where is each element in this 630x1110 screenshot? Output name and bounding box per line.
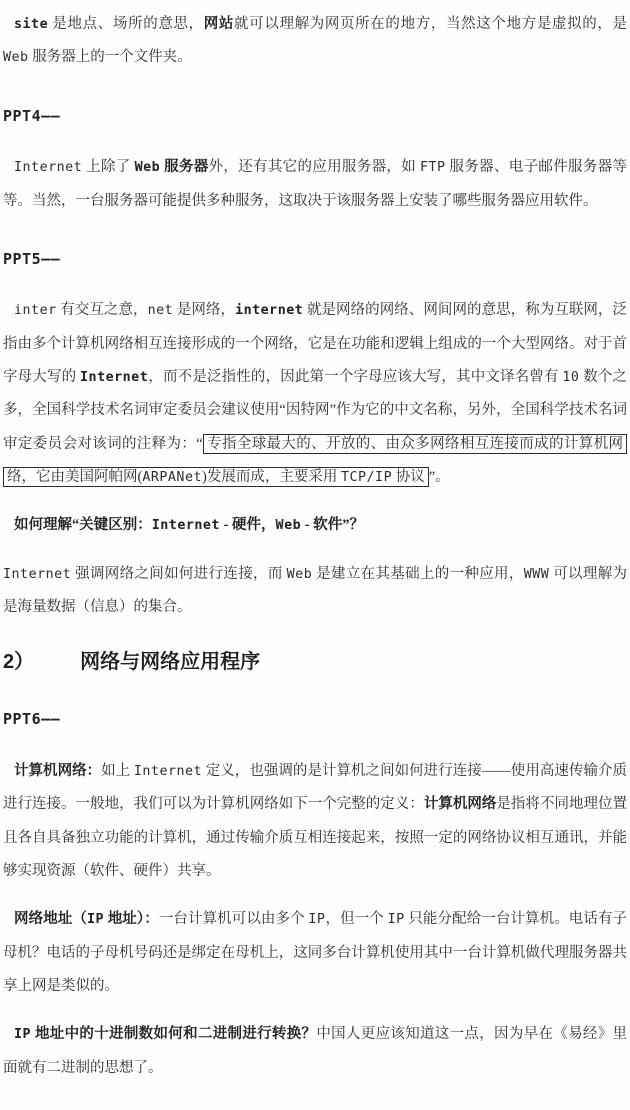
text-run: Internet [152, 518, 220, 533]
text-run: net [148, 303, 174, 318]
ppt4-marker: PPT4—— [3, 99, 627, 134]
text-run: ，但一个 [325, 911, 387, 927]
text-run: IP [308, 912, 325, 927]
text-run: 就可以理解为网页所在的地方，当然这个地方是虚拟的，是 [234, 16, 630, 32]
text-run: )发展而成，主要采用 [202, 469, 341, 485]
text-run: 地址）： [104, 911, 159, 927]
decimal-binary-paragraph: IP 地址中的十进制数如何和二进制进行转换？中国人更应该知道这一点，因为早在《易… [3, 1018, 627, 1085]
text-run: 服务器上的一个文件夹。 [29, 49, 192, 65]
text-run: 协议 [392, 469, 425, 485]
text-run: 如上 [101, 763, 134, 779]
text-run: internet [235, 303, 303, 318]
internet-vs-web-paragraph: Internet 强调网络之间如何进行连接，而 Web 是建立在其基础上的一种应… [3, 558, 627, 625]
site-definition-paragraph: site 是地点、场所的意思，网站就可以理解为网页所在的地方，当然这个地方是虚拟… [3, 8, 627, 75]
text-run: Internet [3, 567, 71, 582]
text-run: 计算机网络： [14, 763, 101, 779]
text-run: 如何理解“关键区别： [14, 517, 152, 533]
text-run: 是网络， [173, 302, 235, 318]
text-run: Web [135, 160, 161, 175]
text-run: 网站 [204, 16, 234, 32]
text-run: Web [3, 50, 29, 65]
text-run: IP [14, 1027, 31, 1042]
ppt5-marker: PPT5—— [3, 242, 627, 277]
text-run: PPT6—— [3, 710, 60, 728]
text-run: 上除了 [82, 159, 134, 175]
computer-network-definition-paragraph: 计算机网络：如上 Internet 定义，也强调的是计算机之间如何进行连接——使… [3, 755, 627, 888]
text-run: PPT4—— [3, 107, 60, 125]
text-run: FTP [420, 160, 446, 175]
text-run: 2） [3, 651, 34, 673]
text-run: inter [14, 303, 57, 318]
section-2-heading: 2）网络与网络应用程序 [3, 646, 627, 678]
text-run: Internet [14, 160, 82, 175]
text-run: IP [87, 912, 104, 927]
text-run: 是建立在其基础上的一种应用， [312, 566, 523, 582]
text-run: 是地点、场所的意思， [48, 16, 204, 32]
key-difference-question: 如何理解“关键区别：Internet - 硬件，Web - 软件”？ [3, 509, 627, 542]
text-run: 外，还有其它的应用服务器，如 [209, 159, 420, 175]
text-run: - 硬件， [220, 517, 276, 533]
text-run: 网络与网络应用程序 [80, 651, 260, 673]
document-body: site 是地点、场所的意思，网站就可以理解为网页所在的地方，当然这个地方是虚拟… [3, 8, 627, 1085]
text-run: Web [287, 567, 313, 582]
text-run: IP [388, 912, 405, 927]
text-run: PPT5—— [3, 250, 60, 268]
ip-address-paragraph: 网络地址（IP 地址）：一台计算机可以由多个 IP，但一个 IP 只能分配给一台… [3, 903, 627, 1003]
text-run: 服务器 [160, 159, 208, 175]
text-run: 地址中的十进制数如何和二进制进行转换？ [31, 1026, 316, 1042]
servers-paragraph: Internet 上除了 Web 服务器外，还有其它的应用服务器，如 FTP 服… [3, 151, 627, 218]
text-run: - 软件”？ [301, 517, 364, 533]
ppt6-marker: PPT6—— [3, 702, 627, 737]
text-run: Web [276, 518, 302, 533]
internet-definition-paragraph: inter 有交互之意，net 是网络，internet 就是网络的网络、网间网… [3, 294, 627, 494]
text-run: WWW [524, 567, 550, 582]
document-page: site 是地点、场所的意思，网站就可以理解为网页所在的地方，当然这个地方是虚拟… [0, 0, 630, 1110]
text-run: Internet [134, 764, 202, 779]
text-run: TCP/IP [341, 470, 392, 485]
text-run: Internet [80, 370, 148, 385]
text-run: 一台计算机可以由多个 [159, 911, 309, 927]
text-run: site [14, 17, 48, 32]
text-run: ARPANet [142, 470, 202, 485]
text-run: 计算机网络 [424, 796, 497, 812]
text-run: 有交互之意， [57, 302, 148, 318]
text-run: 网络地址（ [14, 911, 87, 927]
text-run: ，而不是泛指性的，因此第一个字母应该大写，其中文译名曾有 [148, 369, 562, 385]
text-run: 10 [562, 370, 579, 385]
text-run: ”。 [429, 469, 450, 485]
text-run: 强调网络之间如何进行连接，而 [71, 566, 286, 582]
